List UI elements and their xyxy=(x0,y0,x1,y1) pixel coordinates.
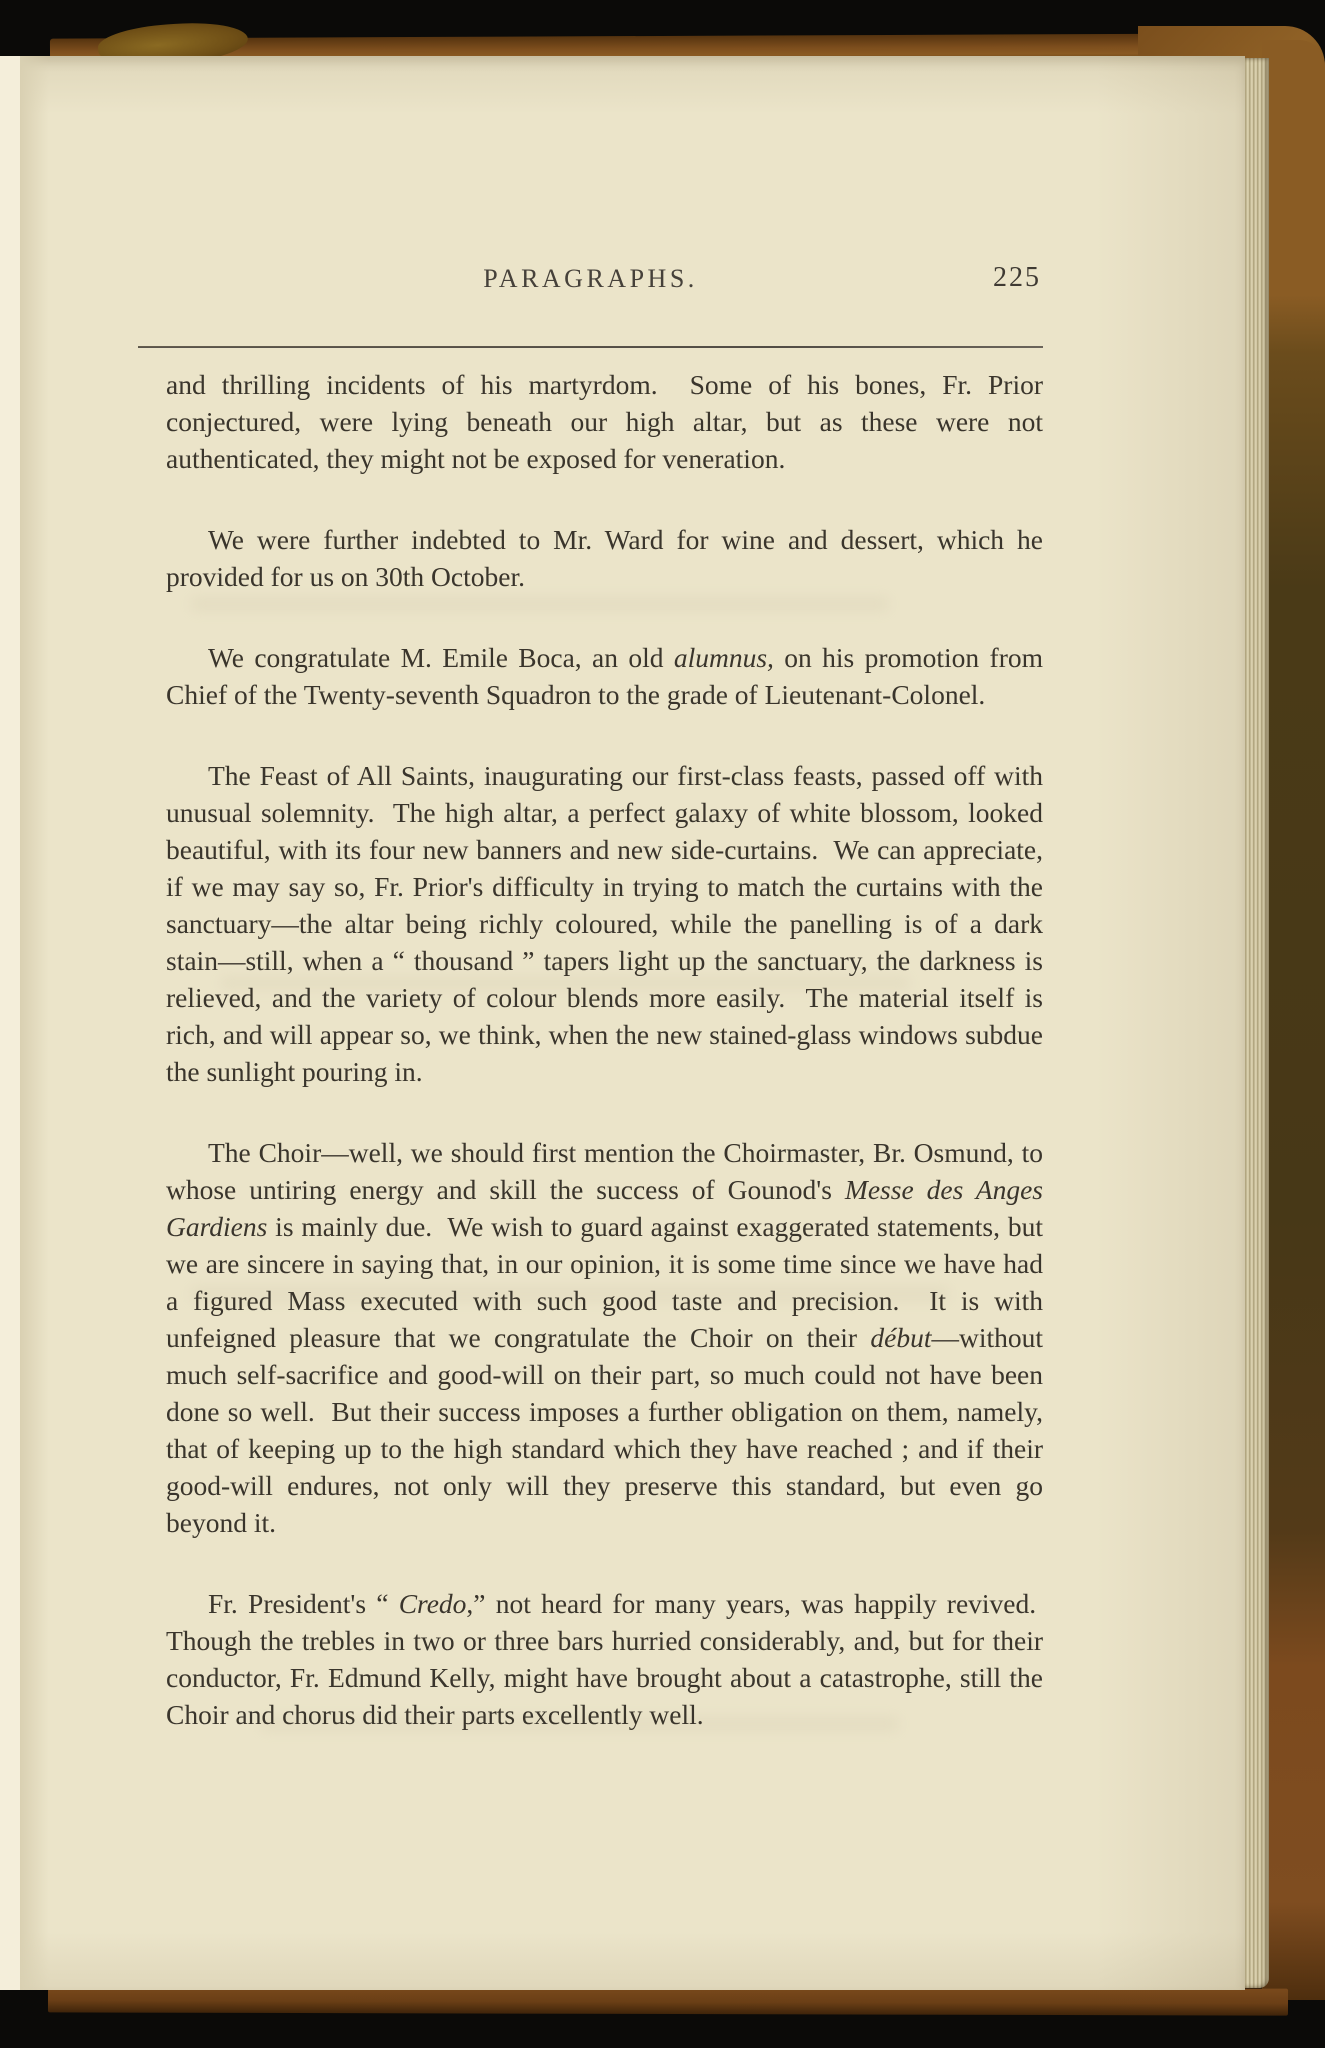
page-content: PARAGRAPHS. 225 and thrilling incidents … xyxy=(138,264,1043,1733)
book-photo: PARAGRAPHS. 225 and thrilling incidents … xyxy=(0,0,1325,2048)
paragraph: We congratulate M. Emile Boca, an old al… xyxy=(166,639,1043,713)
running-title: PARAGRAPHS. xyxy=(138,264,1043,294)
page-number: 225 xyxy=(993,262,1041,294)
header-rule xyxy=(138,346,1043,348)
body-text: and thrilling incidents of his martyrdom… xyxy=(166,369,1043,474)
book-page: PARAGRAPHS. 225 and thrilling incidents … xyxy=(0,56,1245,1990)
page-body: and thrilling incidents of his martyrdom… xyxy=(166,366,1043,1733)
page-curl-edge xyxy=(0,56,20,1990)
paragraph: The Choir—well, we should first mention … xyxy=(166,1134,1043,1541)
italic-text: Credo xyxy=(399,1588,467,1619)
body-text: Fr. President's “ xyxy=(208,1588,399,1619)
paragraph: and thrilling incidents of his martyrdom… xyxy=(166,366,1043,477)
body-text: We were further indebted to Mr. Ward for… xyxy=(166,524,1043,592)
body-text: We congratulate M. Emile Boca, an old xyxy=(208,642,674,673)
book-cover-right-edge xyxy=(1262,40,1325,2000)
paragraph: Fr. President's “ Credo,” not heard for … xyxy=(166,1585,1043,1733)
body-text: The Feast of All Saints, inaugurating ou… xyxy=(166,760,1043,1087)
paragraph: The Feast of All Saints, inaugurating ou… xyxy=(166,757,1043,1090)
italic-text: début xyxy=(870,1322,931,1353)
paragraph: We were further indebted to Mr. Ward for… xyxy=(166,521,1043,595)
body-text: —without much self-sacrifice and good-wi… xyxy=(166,1322,1043,1538)
italic-text: alumnus, xyxy=(674,642,774,673)
page-crease-shadow xyxy=(20,56,54,1990)
page-header: PARAGRAPHS. 225 xyxy=(138,264,1043,300)
